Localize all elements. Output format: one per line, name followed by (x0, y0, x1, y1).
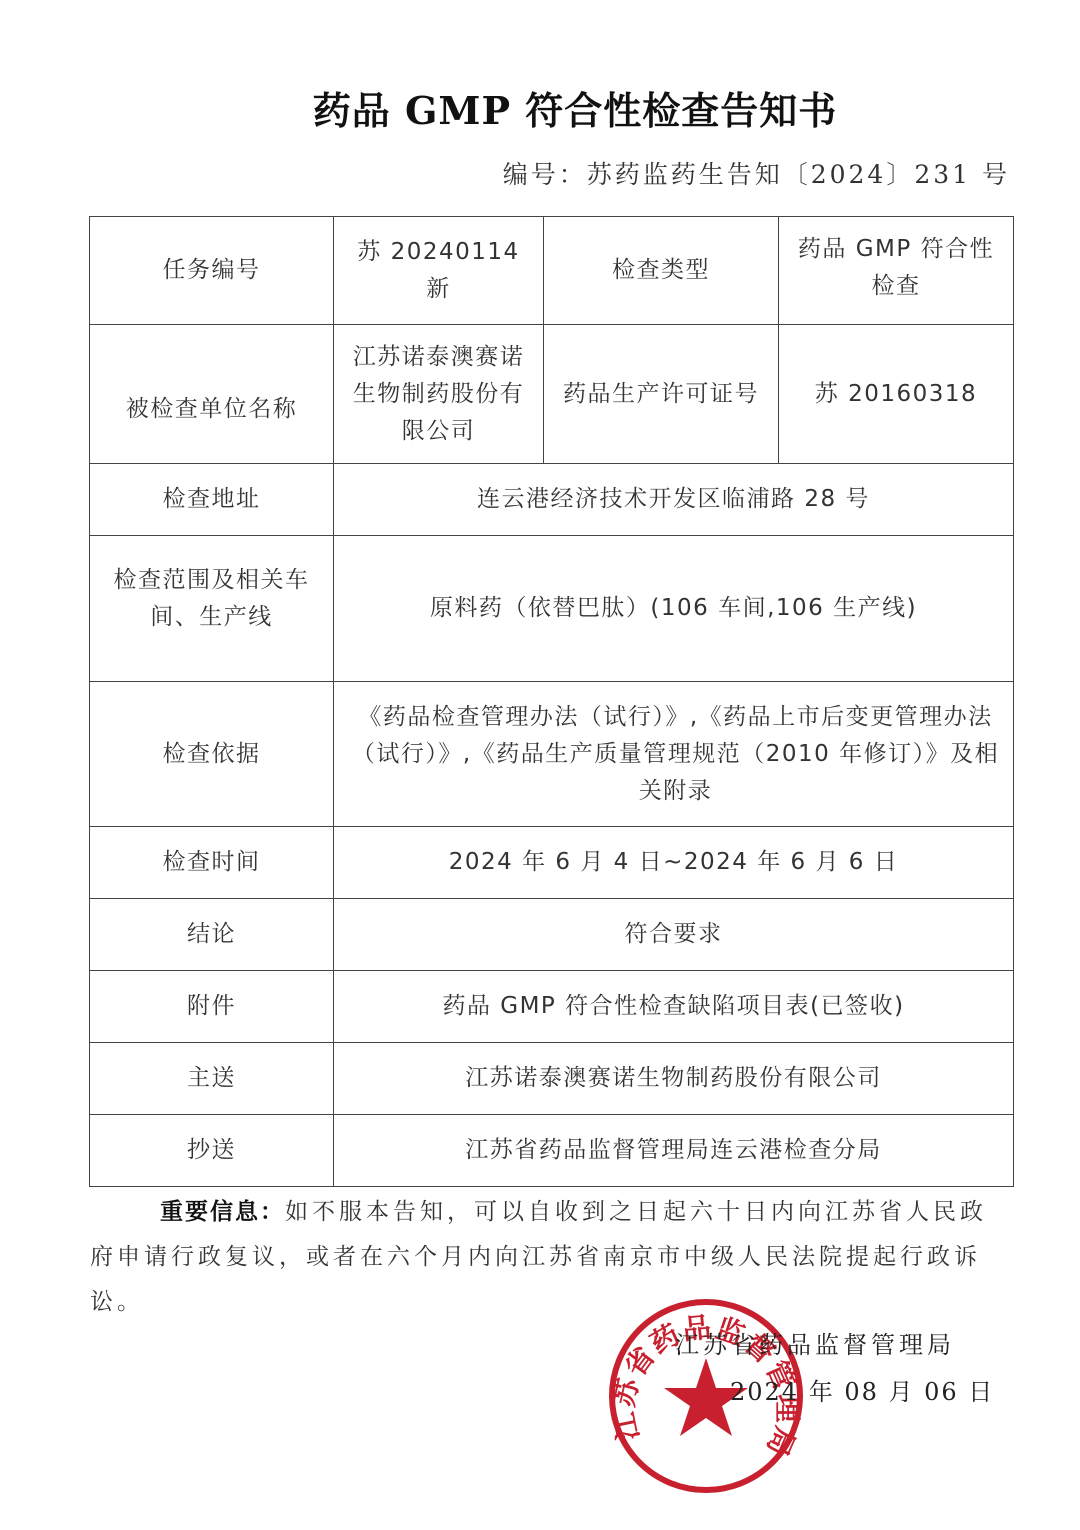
main-recipient-label: 主送 (90, 1043, 334, 1115)
address-value: 连云港经济技术开发区临浦路 28 号 (334, 464, 1014, 536)
document-number-value: 苏药监药生告知〔2024〕231 号 (587, 160, 1010, 189)
table-row: 检查时间 2024 年 6 月 4 日~2024 年 6 月 6 日 (90, 827, 1014, 899)
check-type-value: 药品 GMP 符合性检查 (779, 217, 1014, 325)
time-label: 检查时间 (90, 827, 334, 899)
document-title: 药品 GMP 符合性检查告知书 (0, 80, 1080, 135)
basis-label: 检查依据 (90, 682, 334, 827)
table-row: 检查依据 《药品检查管理办法（试行）》,《药品上市后变更管理办法（试行）》,《药… (90, 682, 1014, 827)
inspected-unit-value: 江苏诺泰澳赛诺生物制药股份有限公司 (334, 325, 544, 464)
issue-date: 2024 年 08 月 06 日 (730, 1372, 994, 1407)
table-row: 检查地址 连云港经济技术开发区临浦路 28 号 (90, 464, 1014, 536)
conclusion-value: 符合要求 (334, 899, 1014, 971)
license-no-value: 苏 20160318 (779, 325, 1014, 464)
license-no-label: 药品生产许可证号 (544, 325, 779, 464)
table-row: 检查范围及相关车间、生产线 原料药（依替巴肽）(106 车间,106 生产线) (90, 536, 1014, 682)
check-type-label: 检查类型 (544, 217, 779, 325)
scope-label: 检查范围及相关车间、生产线 (90, 536, 334, 682)
document-number: 编号：苏药监药生告知〔2024〕231 号 (503, 155, 1010, 191)
document-number-label: 编号： (503, 160, 587, 189)
notice-table: 任务编号 苏 20240114 新 检查类型 药品 GMP 符合性检查 被检查单… (89, 216, 1014, 1187)
inspected-unit-label: 被检查单位名称 (90, 325, 334, 464)
table-row: 抄送 江苏省药品监督管理局连云港检查分局 (90, 1115, 1014, 1187)
address-label: 检查地址 (90, 464, 334, 536)
table-row: 任务编号 苏 20240114 新 检查类型 药品 GMP 符合性检查 (90, 217, 1014, 325)
important-notice: 重要信息：如不服本告知，可以自收到之日起六十日内向江苏省人民政府申请行政复议，或… (90, 1190, 1010, 1325)
time-value: 2024 年 6 月 4 日~2024 年 6 月 6 日 (334, 827, 1014, 899)
basis-value: 《药品检查管理办法（试行）》,《药品上市后变更管理办法（试行）》,《药品生产质量… (334, 682, 1014, 827)
issuer-name: 江苏省药品监督管理局 (675, 1325, 955, 1360)
table-row: 结论 符合要求 (90, 899, 1014, 971)
attachment-value: 药品 GMP 符合性检查缺陷项目表(已签收) (334, 971, 1014, 1043)
attachment-label: 附件 (90, 971, 334, 1043)
table-row: 附件 药品 GMP 符合性检查缺陷项目表(已签收) (90, 971, 1014, 1043)
scope-value: 原料药（依替巴肽）(106 车间,106 生产线) (334, 536, 1014, 682)
task-no-label: 任务编号 (90, 217, 334, 325)
conclusion-label: 结论 (90, 899, 334, 971)
table-row: 主送 江苏诺泰澳赛诺生物制药股份有限公司 (90, 1043, 1014, 1115)
main-recipient-value: 江苏诺泰澳赛诺生物制药股份有限公司 (334, 1043, 1014, 1115)
table-row: 被检查单位名称 江苏诺泰澳赛诺生物制药股份有限公司 药品生产许可证号 苏 201… (90, 325, 1014, 464)
notice-heading: 重要信息： (160, 1199, 285, 1225)
task-no-value: 苏 20240114 新 (334, 217, 544, 325)
cc-label: 抄送 (90, 1115, 334, 1187)
cc-value: 江苏省药品监督管理局连云港检查分局 (334, 1115, 1014, 1187)
